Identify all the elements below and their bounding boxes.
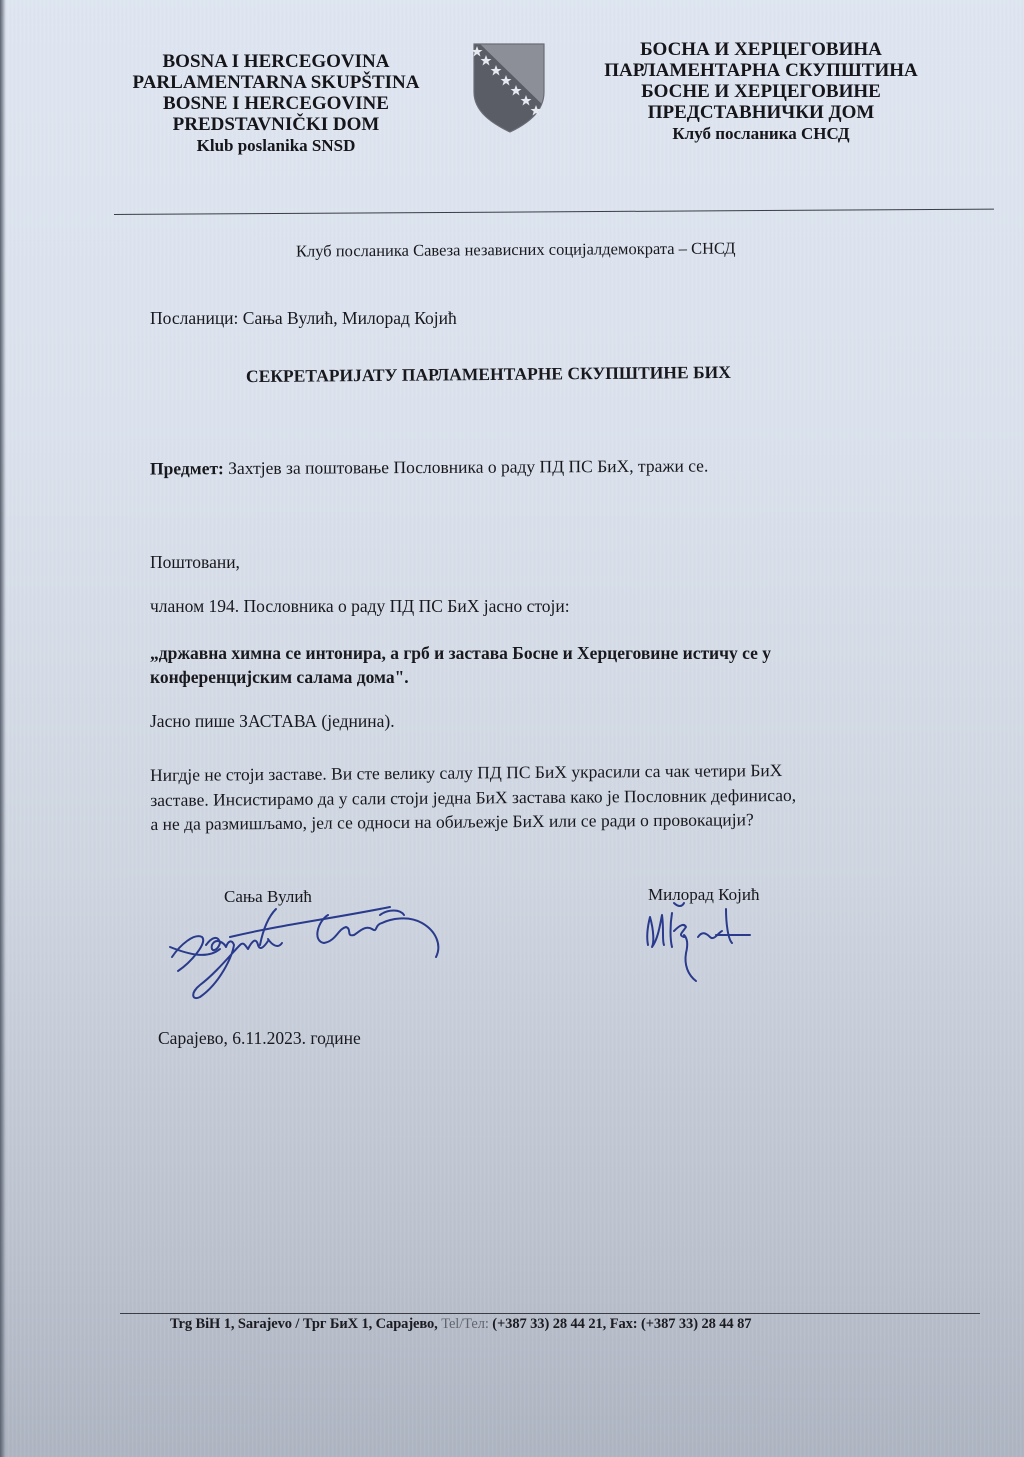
club-line: Клуб посланика Савеза независних социјал… <box>296 237 736 262</box>
letterhead-cyrillic-line-1: БОСНА И ХЕРЦЕГОВИНА <box>596 39 926 60</box>
place-and-date: Сарајево, 6.11.2023. године <box>158 1027 361 1049</box>
footer-fax-label: Fax: <box>610 1316 638 1332</box>
request-paragraph: Нигдје не стоји заставе. Ви сте велику с… <box>150 758 796 837</box>
letterhead-latin-line-4: PREDSTAVNIČKI DOM <box>126 114 426 135</box>
footer-contact: Trg BiH 1, Sarajevo / Трг БиХ 1, Сарајев… <box>170 1316 751 1333</box>
letterhead-latin-line-1: BOSNA I HERCEGOVINA <box>126 51 426 72</box>
footer-address: Trg BiH 1, Sarajevo / Трг БиХ 1, Сарајев… <box>170 1316 441 1332</box>
subject-text: Захтјев за поштовање Пословника о раду П… <box>224 456 709 479</box>
subject-label: Предмет: <box>150 458 224 478</box>
quoted-rule: „државна химна се интонира, а грб и заст… <box>150 641 771 689</box>
header-divider <box>114 209 994 215</box>
footer-tel-label: Tel/Тел: <box>441 1316 489 1332</box>
letterhead-cyrillic-line-2: ПАРЛАМЕНТАРНА СКУПШТИНА <box>596 60 926 81</box>
quote-line-2: конференцијским салама дома". <box>150 665 771 689</box>
letterhead-latin-line-2: PARLAMENTARNA SKUPŠTINA <box>126 72 426 93</box>
letterhead-latin-club: Klub poslanika SNSD <box>126 135 426 156</box>
document-page: BOSNA I HERCEGOVINA PARLAMENTARNA SKUPŠT… <box>0 0 1024 1457</box>
letterhead-cyrillic-line-3: БОСНЕ И ХЕРЦЕГОВИНЕ <box>596 81 926 102</box>
handwritten-signature-icon <box>640 895 790 985</box>
letterhead-latin: BOSNA I HERCEGOVINA PARLAMENTARNA SKUPŠT… <box>126 51 426 156</box>
subject-line: Предмет: Захтјев за поштовање Пословника… <box>150 455 708 480</box>
recipient-heading: СЕКРЕТАРИЈАТУ ПАРЛАМЕНТАРНЕ СКУПШТИНЕ БИ… <box>246 361 731 387</box>
letterhead-cyrillic: БОСНА И ХЕРЦЕГОВИНА ПАРЛАМЕНТАРНА СКУПШТ… <box>596 39 926 144</box>
deputies-line: Посланици: Сања Вулић, Милорад Којић <box>150 307 457 329</box>
clarification-line: Јасно пише ЗАСТАВА (једнина). <box>150 710 395 732</box>
quote-line-1: „државна химна се интонира, а грб и заст… <box>150 641 771 665</box>
handwritten-signature-icon <box>160 885 460 1015</box>
bih-coat-of-arms-icon <box>472 42 548 134</box>
letterhead-latin-line-3: BOSNE I HERCEGOVINE <box>126 93 426 114</box>
article-reference: чланом 194. Пословника о раду ПД ПС БиХ … <box>150 595 570 617</box>
paragraph-line-3: а не да размишљамо, јел се односи на оби… <box>150 807 796 837</box>
letterhead-cyrillic-club: Клуб посланика СНСД <box>596 123 926 144</box>
footer-tel: (+387 33) 28 44 21, <box>489 1316 610 1332</box>
letterhead-cyrillic-line-4: ПРЕДСТАВНИЧКИ ДОМ <box>596 102 926 123</box>
greeting: Поштовани, <box>150 551 240 573</box>
footer-fax: (+387 33) 28 44 87 <box>638 1316 752 1332</box>
footer-divider <box>120 1313 980 1314</box>
